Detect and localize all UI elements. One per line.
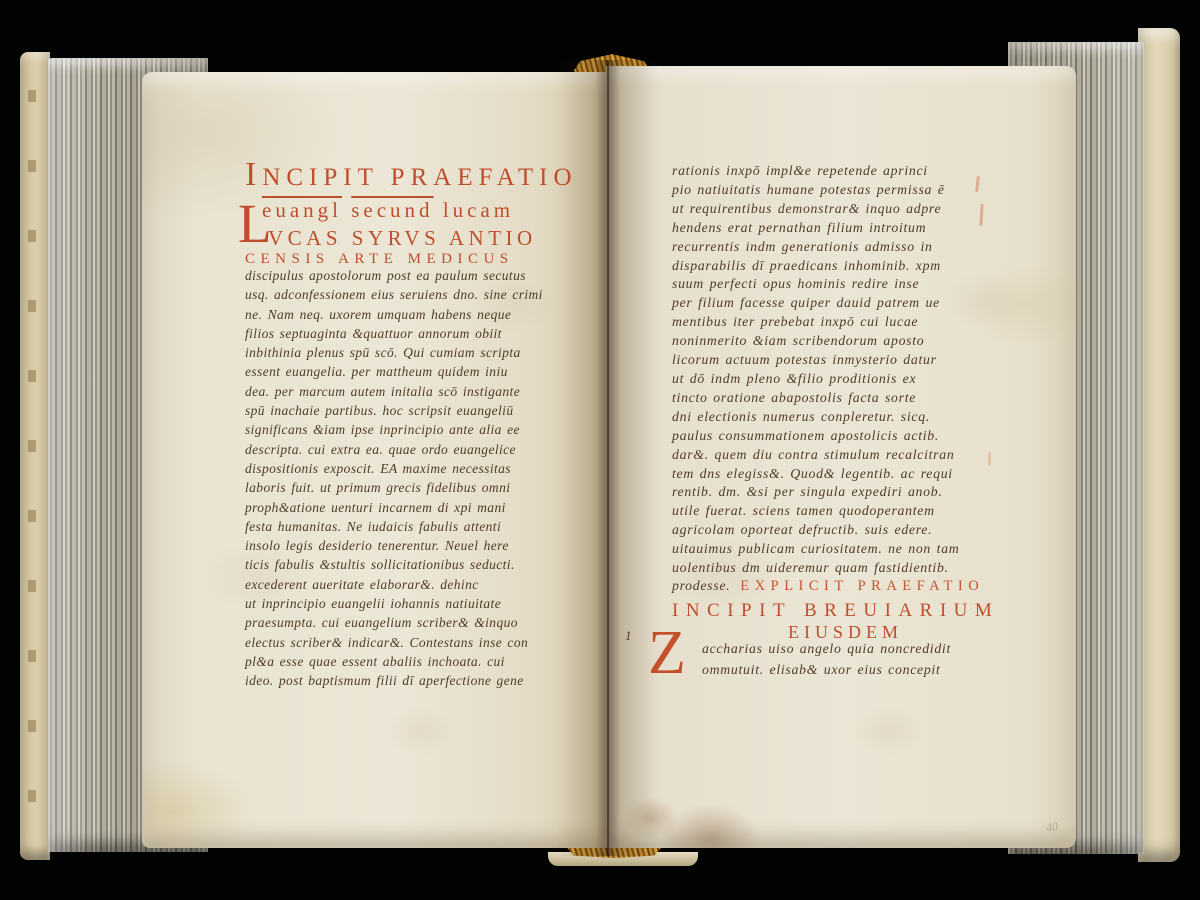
text-line: inbithinia plenus spū scō. Qui cumiam sc…: [245, 343, 585, 362]
rubric-lucas-syrus: VCAS SYRVS ANTIO: [268, 226, 537, 251]
text-line: descripta. cui extra ea. quae ordo euang…: [245, 440, 585, 459]
book-cover-right: [1138, 28, 1180, 862]
text-line: significans &iam ipse inprincipio ante a…: [245, 420, 585, 439]
text-line: pl&a esse quae essent abaliis inchoata. …: [245, 652, 585, 671]
manuscript-photo: INCIPIT PRAEFATIO L euangl secund lucam …: [0, 0, 1200, 900]
red-margin-mark: [988, 452, 991, 466]
rubric-incipit-breviarium: INCIPIT BREUIARIUM: [672, 600, 999, 622]
text-line: proph&atione uenturi incarnem di xpi man…: [245, 498, 585, 517]
drop-cap-z: Z: [648, 622, 686, 684]
text-line: tem dns elegiss&. Quod& legentib. ac req…: [672, 465, 1024, 484]
rubric-explicit-praefatio: EXPLICIT PRAEFATIO: [740, 578, 984, 594]
open-book: INCIPIT PRAEFATIO L euangl secund lucam …: [0, 0, 1200, 900]
text-line: ut requirentibus demonstrar& inquo adpre: [672, 200, 1024, 219]
abbreviated-word: euangl: [262, 198, 342, 222]
text-line: pio natiuitatis humane potestas permissa…: [672, 181, 1024, 200]
text-line: mentibus iter prebebat inxpō cui lucae: [672, 313, 1024, 332]
text-line: suum perfecti opus hominis redire inse: [672, 275, 1024, 294]
text-line: utile fuerat. sciens tamen quodoperantem: [672, 502, 1024, 521]
text-line: festa humanitas. Ne iudaicis fabulis att…: [245, 517, 585, 536]
text-line: recurrentis indm generationis admisso in: [672, 238, 1024, 257]
rubric-evangel-secundum-lucam: euangl secund lucam: [262, 198, 514, 223]
text-line: excederent aueritate elaborar&. dehinc: [245, 575, 585, 594]
text-line: uolentibus dm uideremur quam fastidienti…: [672, 559, 1024, 578]
abbreviated-word: secund: [351, 198, 433, 222]
breviarium-chapter-text: accharias uiso angelo quia noncrediditom…: [702, 638, 951, 680]
text-line: hendens erat pernathan filium introitum: [672, 219, 1024, 238]
text-line: disparabilis dī praedicans inhominib. xp…: [672, 257, 1024, 276]
text-line: accharias uiso angelo quia noncredidit: [702, 638, 951, 659]
text-line: rentib. dm. &si per singula expediri ano…: [672, 483, 1024, 502]
text-line: filios septuaginta &quattuor annorum obi…: [245, 324, 585, 343]
book-cover-left: [20, 52, 50, 860]
left-page-body-text: discipulus apostolorum post ea paulum se…: [245, 266, 585, 691]
text-line: paulus consummationem apostolicis actib.: [672, 427, 1024, 446]
text-line: dni electionis numerus conpleretur. sicq…: [672, 408, 1024, 427]
text-line: dar&. quem diu contra stimulum recalcitr…: [672, 446, 1024, 465]
text-line: tincto oratione abapostolis facta sorte: [672, 389, 1024, 408]
text-line: agricolam oporteat defructib. suis edere…: [672, 521, 1024, 540]
text-line: essent euangelia. per mattheum quidem in…: [245, 362, 585, 381]
body-text-end: prodesse.: [672, 578, 730, 593]
rubric-word: lucam: [443, 198, 514, 222]
chapter-number: 1: [625, 628, 632, 644]
text-line: praesumpta. cui euangelium scriber& &inq…: [245, 613, 585, 632]
prodesse-explicit-line: prodesse.EXPLICIT PRAEFATIO: [672, 578, 984, 595]
folio-pencil-mark: 40: [1045, 819, 1059, 836]
text-line: electus scriber& indicar&. Contestans in…: [245, 633, 585, 652]
text-line: ideo. post baptismum filii dī aperfectio…: [245, 671, 585, 690]
text-line: ut dō indm pleno &filio proditionis ex: [672, 370, 1024, 389]
text-line: ut inprincipio euangelii iohannis natiui…: [245, 594, 585, 613]
rubric-incipit-praefatio: INCIPIT PRAEFATIO: [245, 156, 578, 194]
text-line: usq. adconfessionem eius seruiens dno. s…: [245, 285, 585, 304]
text-line: discipulus apostolorum post ea paulum se…: [245, 266, 585, 285]
text-line: dea. per marcum autem initalia scō insti…: [245, 382, 585, 401]
text-line: ommutuit. elisab& uxor eius concepit: [702, 659, 951, 680]
text-line: laboris fuit. ut primum grecis fidelibus…: [245, 478, 585, 497]
text-line: licorum actuum potestas inmysterio datur: [672, 351, 1024, 370]
text-line: rationis inxpō impl&e repetende aprinci: [672, 162, 1024, 181]
text-line: ticis fabulis &stultis sollicitationibus…: [245, 555, 585, 574]
right-page-body-text: rationis inxpō impl&e repetende aprincip…: [672, 162, 1024, 578]
text-line: per filium facesse quiper dauid patrem u…: [672, 294, 1024, 313]
text-line: insolo legis desiderio tenerentur. Neuel…: [245, 536, 585, 555]
text-line: ne. Nam neq. uxorem umquam habens neque: [245, 305, 585, 324]
text-line: spū inachaie partibus. hoc scripsit euan…: [245, 401, 585, 420]
text-line: uitauimus publicam curiositatem. ne non …: [672, 540, 1024, 559]
text-line: dispositionis exposcit. EA maxime necess…: [245, 459, 585, 478]
text-line: noninmerito &iam scribendorum aposto: [672, 332, 1024, 351]
